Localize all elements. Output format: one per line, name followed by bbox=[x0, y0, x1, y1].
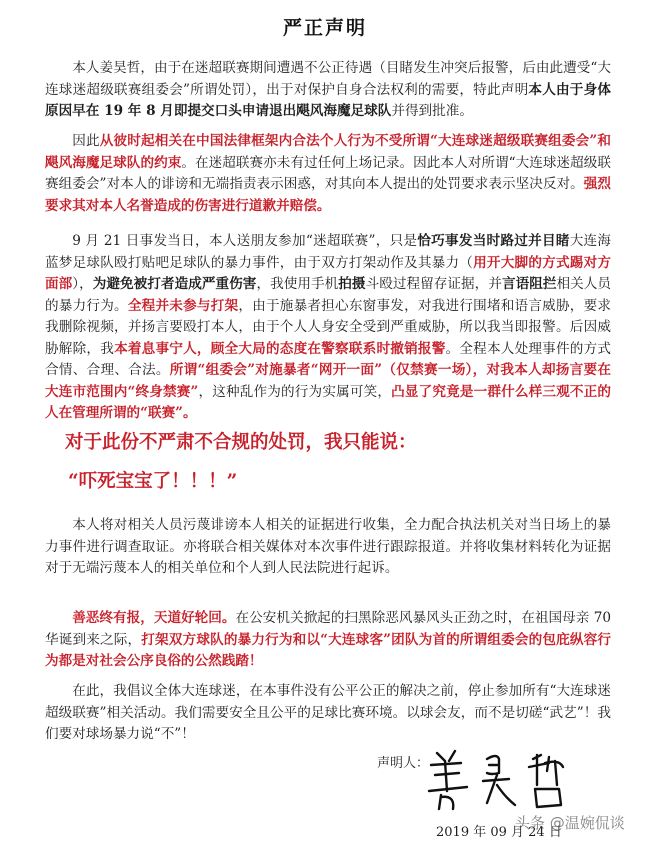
text-segment: 言语阻拦 bbox=[502, 276, 557, 292]
emphasis-line-2: “吓死宝宝了！！！” bbox=[68, 467, 237, 493]
paragraph-3: 9 月 21 日事发当日，本人送朋友参加“迷超联赛”，只是恰巧事发当时路过并目睹… bbox=[45, 231, 611, 425]
watermark: 头条 @温婉侃谈 bbox=[515, 812, 625, 833]
text-segment: 本人姜昊哲，由于在迷超联赛期间遭遇不公正待遇（目睹发生冲突后报警，后由此遭受“大… bbox=[45, 60, 611, 98]
text-segment: ，我使用手机 bbox=[256, 276, 338, 292]
document-title: 严正声明 bbox=[0, 13, 650, 40]
paragraph-2: 因此从彼时起相关在中国法律框架内合法个人行为不受所谓“大连球迷超级联赛组委会”和… bbox=[45, 131, 611, 217]
text-segment: 善恶终有报，天道好轮回。 bbox=[72, 610, 235, 626]
text-segment: ）， bbox=[72, 276, 92, 292]
handwritten-signature bbox=[425, 745, 575, 815]
text-segment: 本着息事宁人，顾全大局的态度在警察联系时撤销报警 bbox=[114, 341, 445, 357]
text-segment: 斗殴过程留存证据，并 bbox=[366, 276, 502, 292]
text-segment: ，这种乱作为的行为实属可笑， bbox=[198, 384, 391, 400]
signer-label: 声明人： bbox=[377, 752, 429, 771]
text-segment: 本人将对相关人员污蔑诽谤本人相关的证据进行收集，全力配合执法机关对当日场上的暴力… bbox=[45, 517, 611, 576]
text-segment: 恰巧事发当时路过并目睹 bbox=[417, 233, 569, 249]
paragraph-5: 善恶终有报，天道好轮回。在公安机关掀起的扫黑除恶风暴风头正劲之时，在祖国母亲 7… bbox=[45, 608, 611, 673]
text-segment: 全程并未参与打架 bbox=[128, 298, 238, 314]
text-segment: 为避免被打者造成严重伤害 bbox=[93, 276, 257, 292]
text-segment: 在此，我倡议全体大连球迷，在本事件没有公平公正的解决之前，停止参加所有“大连球迷… bbox=[45, 683, 611, 742]
paragraph-6: 在此，我倡议全体大连球迷，在本事件没有公平公正的解决之前，停止参加所有“大连球迷… bbox=[45, 681, 611, 746]
statement-document: 严正声明 本人姜昊哲，由于在迷超联赛期间遭遇不公正待遇（目睹发生冲突后报警，后由… bbox=[0, 0, 650, 845]
text-segment: 因此 bbox=[72, 133, 100, 149]
paragraph-1: 本人姜昊哲，由于在迷超联赛期间遭遇不公正待遇（目睹发生冲突后报警，后由此遭受“大… bbox=[45, 58, 611, 123]
paragraph-4: 本人将对相关人员污蔑诽谤本人相关的证据进行收集，全力配合执法机关对当日场上的暴力… bbox=[45, 515, 611, 580]
emphasis-line-1: 对于此份不严肃不合规的处罚，我只能说： bbox=[65, 428, 417, 454]
text-segment: 9 月 21 日事发当日，本人送朋友参加“迷超联赛”，只是 bbox=[72, 233, 417, 249]
text-segment: 拍摄 bbox=[338, 276, 365, 292]
text-segment: 并得到批准。 bbox=[391, 103, 473, 119]
